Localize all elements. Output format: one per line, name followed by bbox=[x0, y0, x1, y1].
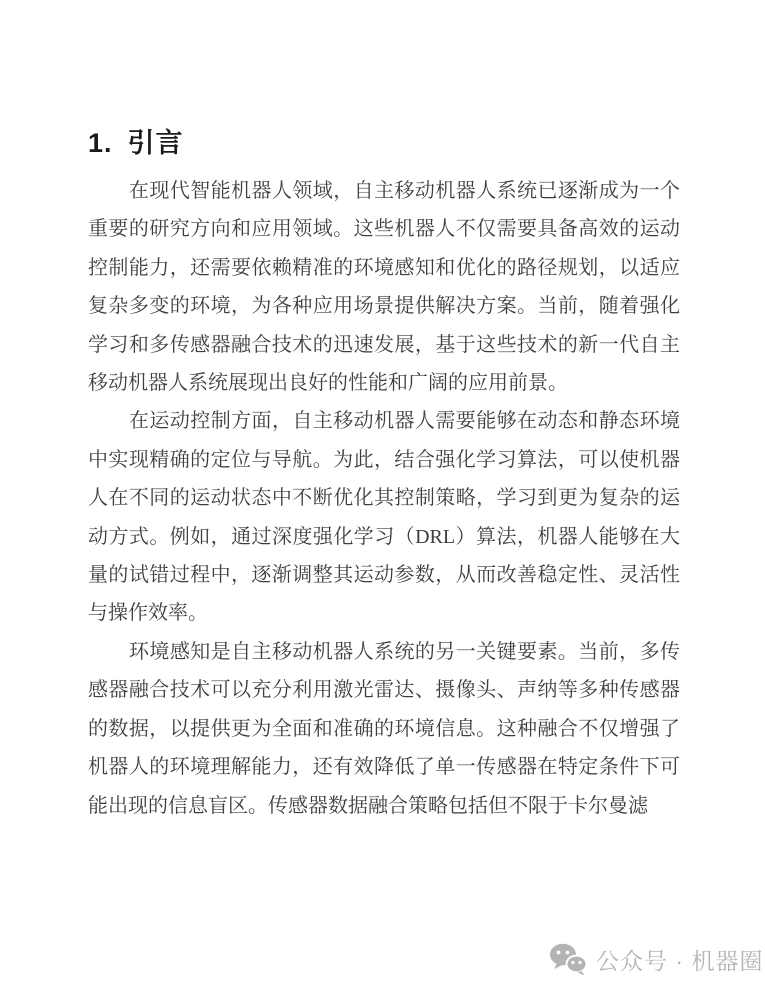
text-line: 在现代智能机器人领域，自主移动机器人系统已逐渐成为一个 bbox=[88, 172, 680, 210]
document-page: 1. 引言 在现代智能机器人领域，自主移动机器人系统已逐渐成为一个重要的研究方向… bbox=[0, 0, 765, 990]
wechat-icon bbox=[549, 942, 587, 976]
text-line: 复杂多变的环境，为各种应用场景提供解决方案。当前，随着强化 bbox=[88, 287, 680, 325]
text-line: 重要的研究方向和应用领域。这些机器人不仅需要具备高效的运动 bbox=[88, 210, 680, 248]
section-number: 1. bbox=[88, 128, 113, 159]
watermark-text: 公众号 · 机器圈 bbox=[596, 943, 763, 976]
text-line: 中实现精确的定位与导航。为此，结合强化学习算法，可以使机器 bbox=[88, 441, 680, 479]
watermark: 公众号 · 机器圈 bbox=[549, 942, 763, 976]
text-line: 控制能力，还需要依赖精准的环境感知和优化的路径规划，以适应 bbox=[88, 249, 680, 287]
text-line: 量的试错过程中，逐渐调整其运动参数，从而改善稳定性、灵活性 bbox=[88, 556, 680, 594]
section-heading: 1. 引言 bbox=[88, 121, 184, 160]
text-line: 能出现的信息盲区。传感器数据融合策略包括但不限于卡尔曼滤 bbox=[88, 787, 680, 825]
text-line: 人在不同的运动状态中不断优化其控制策略，学习到更为复杂的运 bbox=[88, 479, 680, 517]
text-line: 动方式。例如，通过深度强化学习（DRL）算法，机器人能够在大 bbox=[88, 518, 680, 556]
body-text: 在现代智能机器人领域，自主移动机器人系统已逐渐成为一个重要的研究方向和应用领域。… bbox=[88, 172, 680, 825]
text-line: 学习和多传感器融合技术的迅速发展，基于这些技术的新一代自主 bbox=[88, 326, 680, 364]
section-title: 引言 bbox=[128, 121, 184, 160]
text-line: 环境感知是自主移动机器人系统的另一关键要素。当前，多传 bbox=[88, 633, 680, 671]
text-line: 感器融合技术可以充分利用激光雷达、摄像头、声纳等多种传感器 bbox=[88, 671, 680, 709]
text-line: 在运动控制方面，自主移动机器人需要能够在动态和静态环境 bbox=[88, 402, 680, 440]
text-line: 移动机器人系统展现出良好的性能和广阔的应用前景。 bbox=[88, 364, 680, 402]
text-line: 与操作效率。 bbox=[88, 594, 680, 632]
text-line: 机器人的环境理解能力，还有效降低了单一传感器在特定条件下可 bbox=[88, 748, 680, 786]
text-line: 的数据，以提供更为全面和准确的环境信息。这种融合不仅增强了 bbox=[88, 710, 680, 748]
